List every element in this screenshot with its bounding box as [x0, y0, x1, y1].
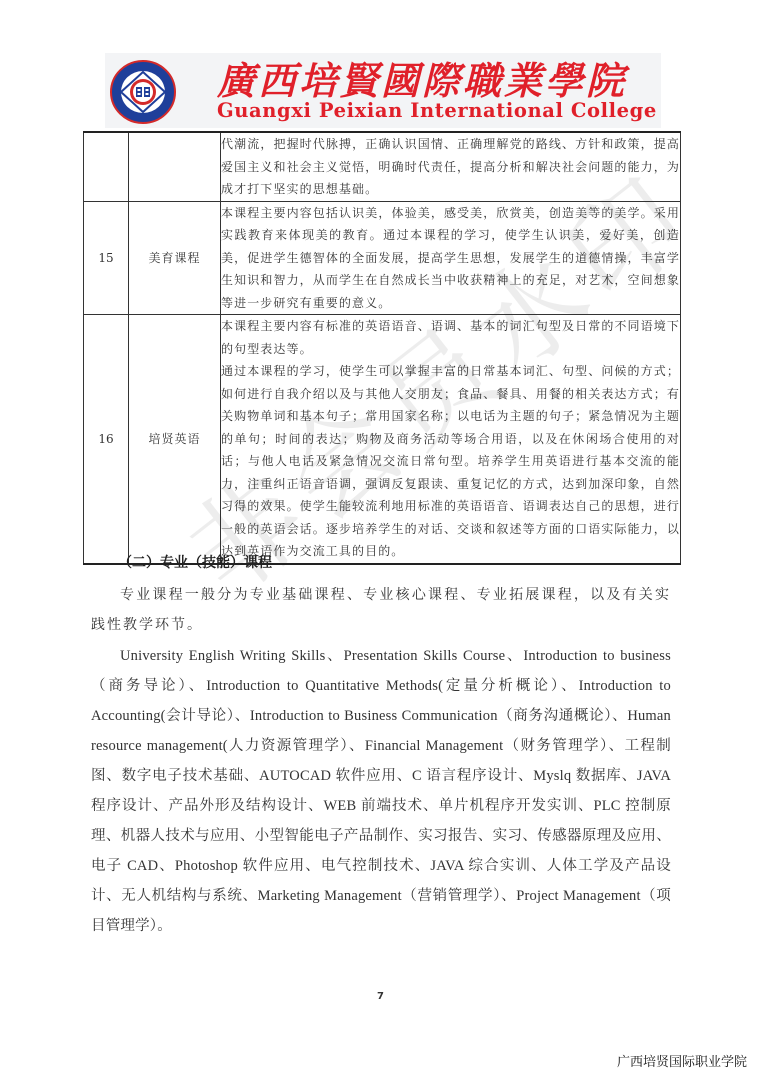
table-row: 代潮流，把握时代脉搏，正确认识国情、正确理解党的路线、方针和政策，提高爱国主义和… [84, 132, 681, 201]
course-number: 15 [84, 201, 129, 315]
header-banner: 廣西培賢國際職業學院 Guangxi Peixian International… [105, 53, 661, 128]
course-name: 培贤英语 [129, 315, 221, 564]
course-name [129, 132, 221, 201]
course-number: 16 [84, 315, 129, 564]
page-number: 7 [377, 991, 384, 1002]
course-name: 美育课程 [129, 201, 221, 315]
college-logo-icon [109, 59, 177, 125]
course-number [84, 132, 129, 201]
description-paragraph: 代潮流，把握时代脉搏，正确认识国情、正确理解党的路线、方针和政策，提高爱国主义和… [221, 133, 680, 201]
table-row: 16 培贤英语 本课程主要内容有标准的英语语音、语调、基本的词汇句型及日常的不同… [84, 315, 681, 564]
footer-organization: 广西培贤国际职业学院 [617, 1051, 747, 1070]
section-heading: （二）专业（技能）课程 [118, 552, 272, 572]
table-row: 15 美育课程 本课程主要内容包括认识美，体验美，感受美，欣赏美，创造美等的美学… [84, 201, 681, 315]
description-paragraph: 本课程主要内容包括认识美，体验美，感受美，欣赏美，创造美等的美学。采用实践教育来… [221, 202, 680, 315]
course-description: 本课程主要内容包括认识美，体验美，感受美，欣赏美，创造美等的美学。采用实践教育来… [221, 201, 681, 315]
course-table: 代潮流，把握时代脉搏，正确认识国情、正确理解党的路线、方针和政策，提高爱国主义和… [83, 131, 681, 565]
course-list-paragraph: University English Writing Skills、Presen… [91, 641, 671, 941]
course-description: 代潮流，把握时代脉搏，正确认识国情、正确理解党的路线、方针和政策，提高爱国主义和… [221, 132, 681, 201]
description-paragraph: 通过本课程的学习，使学生可以掌握丰富的日常基本词汇、句型、问候的方式；如何进行自… [221, 360, 680, 563]
description-paragraph: 本课程主要内容有标准的英语语音、语调、基本的词汇句型及日常的不同语境下的句型表达… [221, 315, 680, 360]
course-description: 本课程主要内容有标准的英语语音、语调、基本的词汇句型及日常的不同语境下的句型表达… [221, 315, 681, 564]
college-name-en: Guangxi Peixian International College [217, 100, 657, 122]
section-intro: 专业课程一般分为专业基础课程、专业核心课程、专业拓展课程，以及有关实践性教学环节… [91, 580, 671, 640]
college-name-cn: 廣西培賢國際職業學院 [217, 59, 627, 103]
